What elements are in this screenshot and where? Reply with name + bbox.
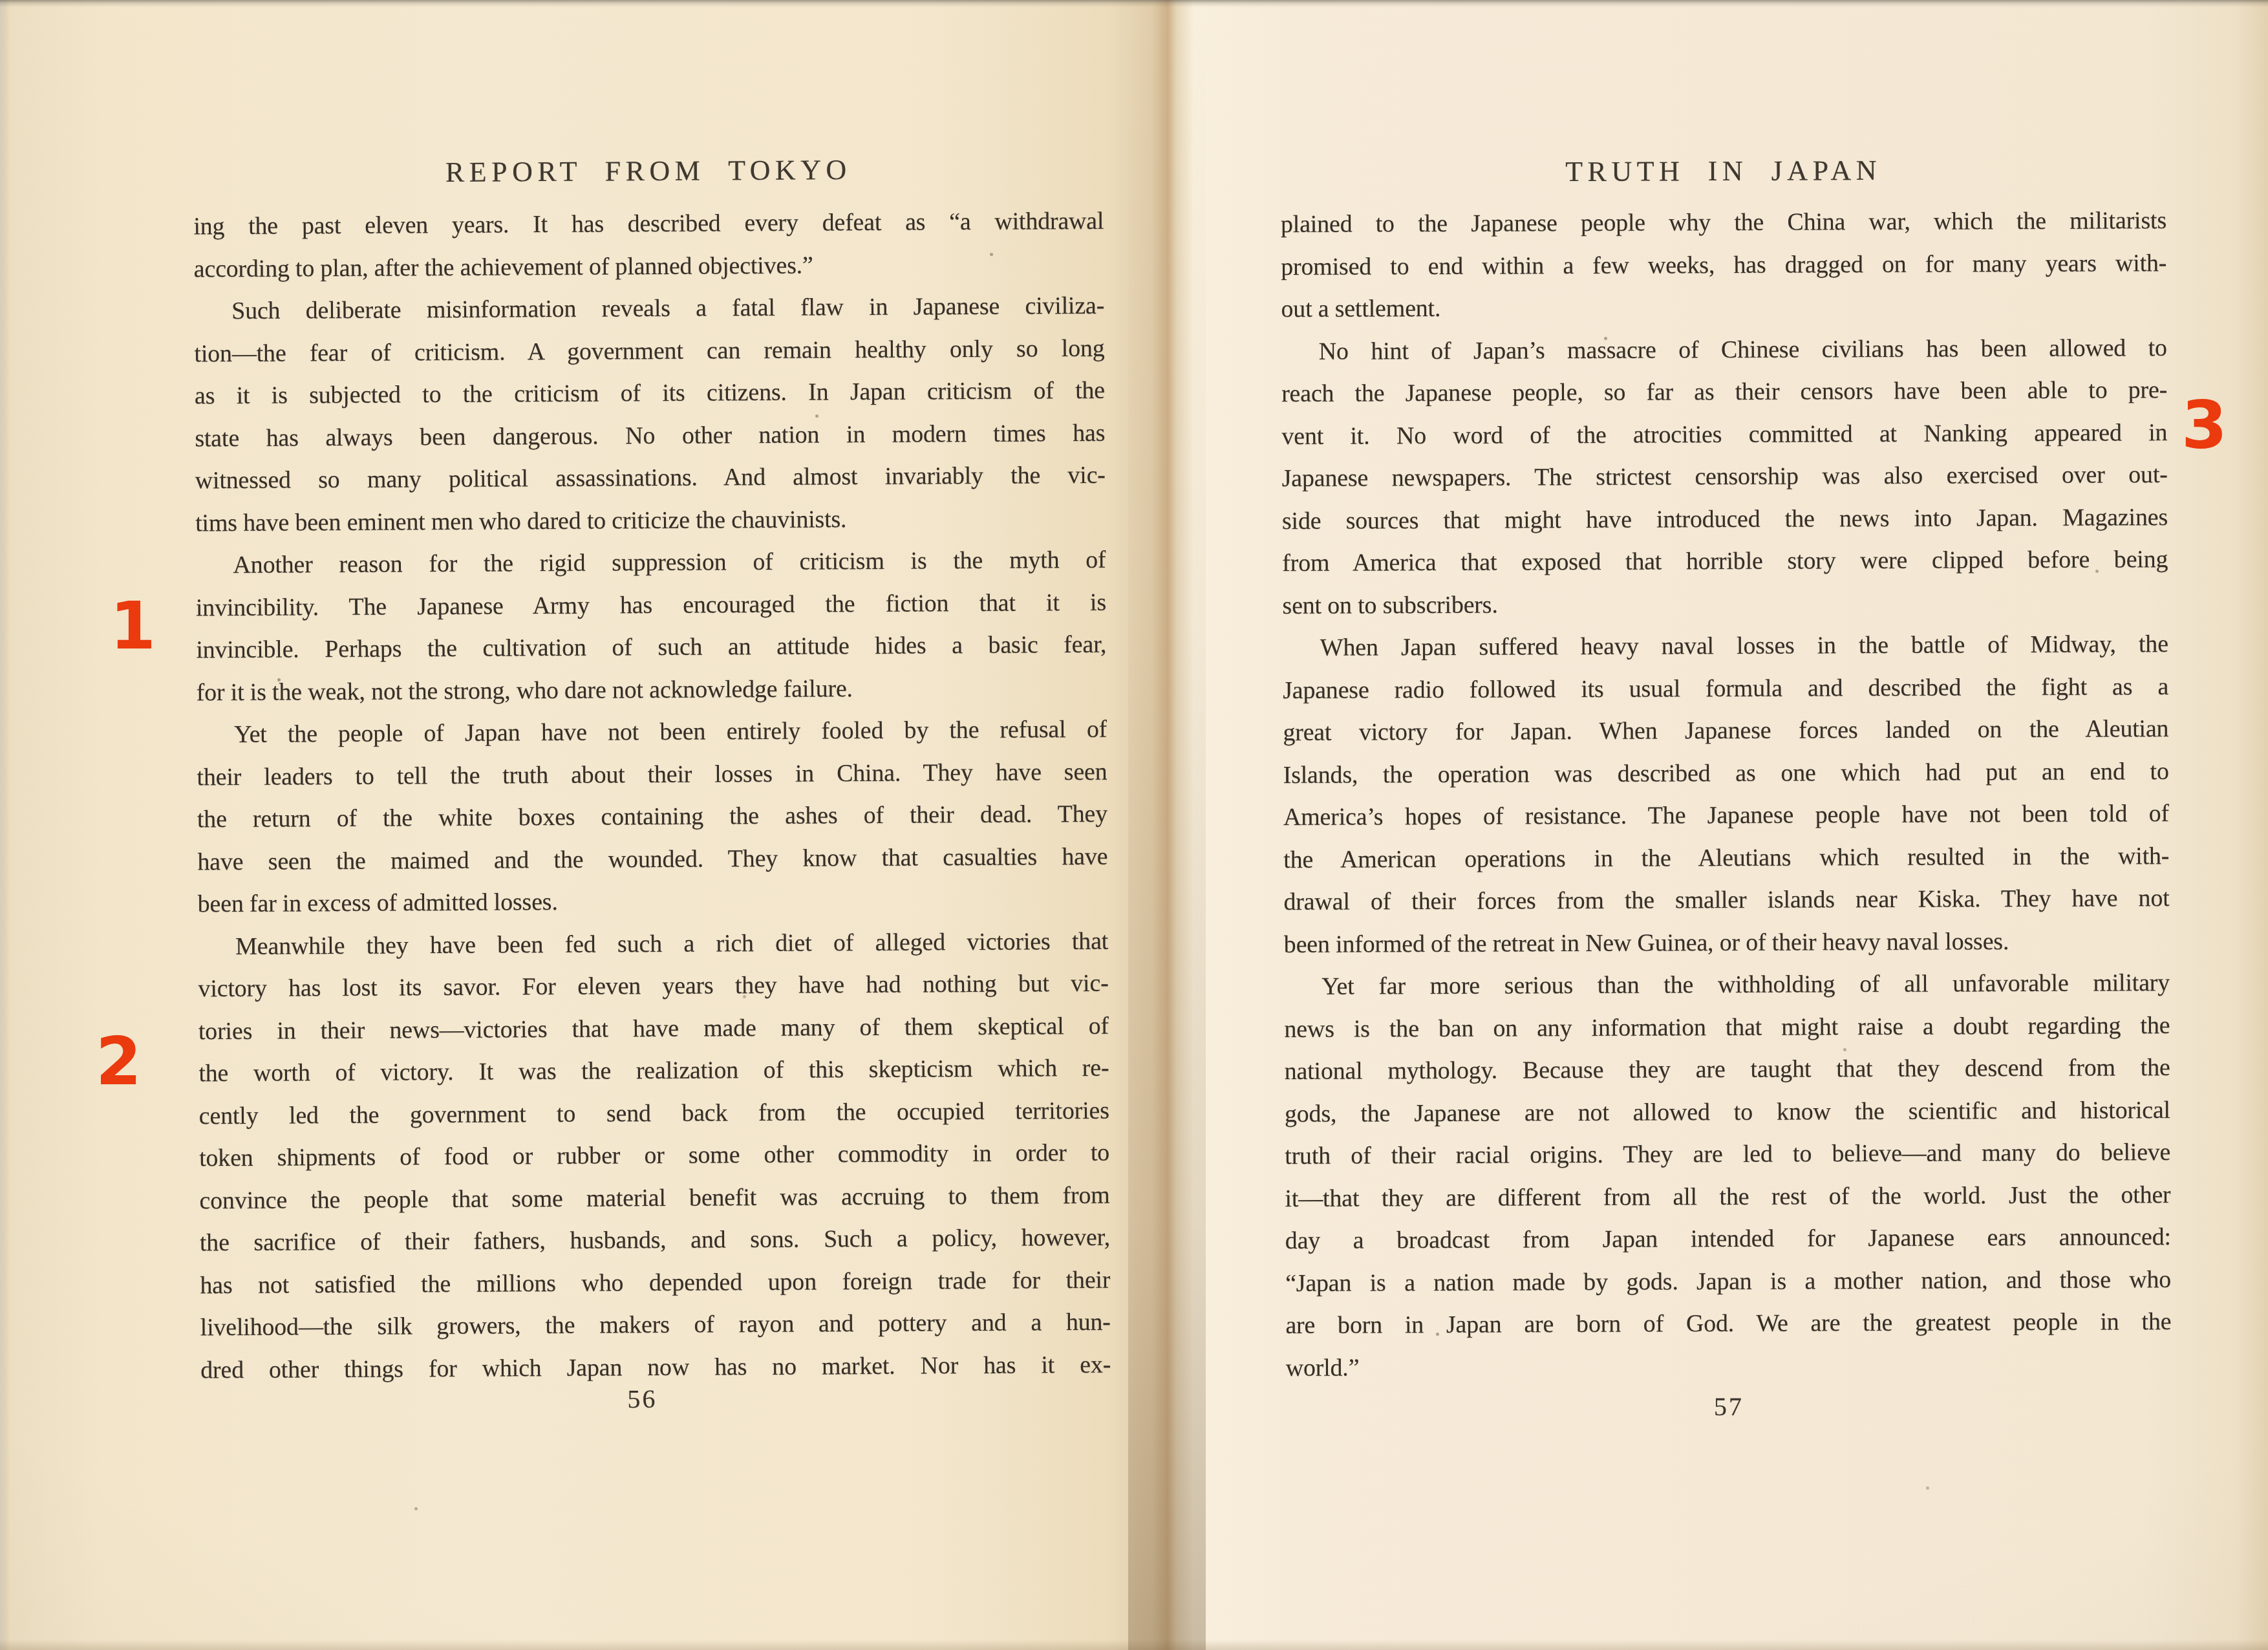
print-stray-mark: ’ [1287, 605, 1293, 627]
text-line: No hint of Japan’s massacre of Chinese c… [1281, 327, 2167, 373]
text-line: been far in excess of admitted losses. [198, 878, 1108, 926]
text-line: plained to the Japanese people why the C… [1281, 200, 2166, 246]
text-line: the return of the white boxes containing… [197, 793, 1107, 841]
text-line: victory has lost its savor. For eleven y… [198, 963, 1108, 1011]
text-line: the worth of victory. It was the realiza… [198, 1047, 1109, 1095]
text-line: witnessed so many political assassinatio… [195, 455, 1106, 502]
text-line: vent it. No word of the atrocities commi… [1281, 412, 2167, 458]
text-line: convince the people that some material b… [199, 1174, 1109, 1222]
text-line: livelihood—the silk growers, the makers … [200, 1302, 1111, 1349]
text-line: token shipments of food or rubber or som… [199, 1132, 1109, 1180]
text-line: as it is subjected to the criticism of i… [195, 370, 1105, 418]
page-left: REPORT FROM TOKYO ing the past eleven ye… [192, 0, 1113, 1650]
text-line: tories in their news—victories that have… [198, 1005, 1109, 1053]
text-line: been informed of the retreat in New Guin… [1284, 920, 2170, 966]
running-head-right: TRUTH IN JAPAN [1280, 153, 2166, 189]
annotation-marker-1: 1 [110, 594, 156, 659]
text-line: the sacrifice of their fathers, husbands… [200, 1217, 1110, 1265]
text-line: tims have been eminent men who dared to … [195, 497, 1106, 544]
text-line: have seen the maimed and the wounded. Th… [197, 835, 1107, 883]
page-gutter-shadow [1128, 0, 1206, 1650]
text-line: state has always been dangerous. No othe… [195, 412, 1105, 460]
text-line: according to plan, after the achievement… [194, 242, 1104, 290]
page-right: TRUTH IN JAPAN plained to the Japanese p… [1279, 0, 2172, 1650]
page-right-text: plained to the Japanese people why the C… [1281, 200, 2172, 1389]
page-number-left: 56 [187, 1382, 1097, 1417]
text-line: gods, the Japanese are not allowed to kn… [1285, 1089, 2170, 1135]
paper-specks [0, 0, 2, 2]
text-line: has not satisfied the millions who depen… [200, 1259, 1110, 1307]
text-line: national mythology. Because they are tau… [1285, 1047, 2170, 1093]
text-line: tion—the fear of criticism. A government… [194, 327, 1104, 375]
page-number-right: 57 [1286, 1391, 2172, 1423]
text-line: cently led the government to send back f… [199, 1089, 1109, 1137]
annotation-marker-3: 3 [2181, 393, 2227, 459]
text-line: side sources that might have introduced … [1282, 497, 2168, 542]
text-line: When Japan suffered heavy naval losses i… [1283, 623, 2168, 669]
text-line: reach the Japanese people, so far as the… [1281, 369, 2167, 415]
text-line: America’s hopes of resistance. The Japan… [1283, 793, 2169, 839]
text-line: for it is the weak, not the strong, who … [197, 666, 1107, 714]
text-line: great victory for Japan. When Japanese f… [1283, 708, 2168, 754]
text-line: sent on to subscribers. [1282, 581, 2168, 627]
text-line: Islands, the operation was described as … [1283, 751, 2169, 797]
text-line: out a settlement. [1281, 284, 2166, 330]
text-line: Yet the people of Japan have not been en… [197, 709, 1107, 756]
book-scan: REPORT FROM TOKYO ing the past eleven ye… [0, 0, 2268, 1650]
running-head-left: REPORT FROM TOKYO [193, 153, 1104, 191]
text-line: Another reason for the rigid suppression… [195, 539, 1106, 587]
text-line: Japanese radio followed its usual formul… [1283, 666, 2168, 712]
text-line: from America that exposed that horrible … [1282, 539, 2168, 584]
text-line: the American operations in the Aleutians… [1283, 835, 2169, 881]
text-line: “Japan is a nation made by gods. Japan i… [1285, 1259, 2171, 1305]
text-line: are born in Japan are born of God. We ar… [1285, 1301, 2171, 1347]
text-line: promised to end within a few weeks, has … [1281, 242, 2166, 288]
text-line: ing the past eleven years. It has descri… [193, 200, 1104, 248]
text-line: Japanese newspapers. The strictest censo… [1282, 454, 2168, 500]
text-line: drawal of their forces from the smaller … [1283, 877, 2169, 923]
text-line: Yet far more serious than the withholdin… [1284, 962, 2170, 1008]
text-line: Meanwhile they have been fed such a rich… [198, 920, 1108, 968]
text-line: invincibility. The Japanese Army has enc… [196, 581, 1106, 629]
text-line: truth of their racial origins. They are … [1285, 1131, 2170, 1177]
page-left-text: ing the past eleven years. It has descri… [193, 200, 1111, 1392]
text-line: world.” [1286, 1344, 2172, 1389]
text-line: it—that they are different from all the … [1285, 1174, 2170, 1220]
text-line: day a broadcast from Japan intended for … [1285, 1216, 2171, 1262]
text-line: their leaders to tell the truth about th… [197, 751, 1107, 798]
annotation-marker-2: 2 [96, 1029, 142, 1095]
text-line: invincible. Perhaps the cultivation of s… [196, 624, 1106, 672]
text-line: news is the ban on any information that … [1284, 1005, 2170, 1051]
text-line: Such deliberate misinformation reveals a… [194, 285, 1104, 333]
